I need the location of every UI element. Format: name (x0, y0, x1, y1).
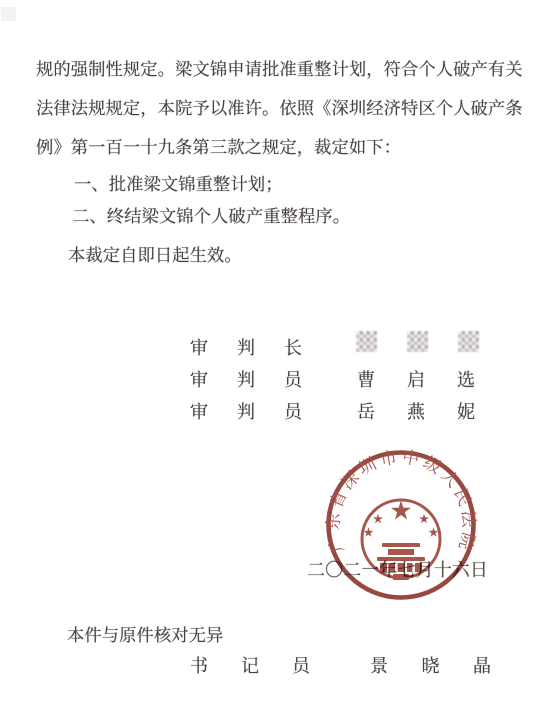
judge-role-label: 审判长 (190, 334, 331, 360)
emblem-gate-icon (377, 543, 425, 572)
emblem-small-star-icon (419, 514, 429, 523)
verification-note: 本件与原件核对无异 (67, 625, 223, 647)
clerk-name: 景晓晶 (370, 652, 525, 678)
ruling-item-1: 一、批准梁文锦重整计划； (74, 174, 283, 196)
judge-role-label: 审判员 (190, 398, 331, 424)
mosaic-censor-block (407, 331, 428, 352)
emblem-small-star-icon (429, 527, 439, 536)
body-line: 规的强制性规定。梁文锦申请批准重整计划，符合个人破产有关 (36, 59, 523, 81)
judge-name: 曹启选 (357, 366, 507, 392)
mosaic-censor-block (356, 331, 377, 352)
body-line: 例》第一百一十九条第三款之规定，裁定如下： (36, 137, 401, 159)
body-line: 法律法规规定，本院予以准许。依照《深圳经济特区个人破产条 (36, 98, 523, 120)
emblem-big-star-icon (391, 501, 411, 520)
emblem-gear-icon (393, 574, 409, 580)
emblem-small-star-icon (373, 514, 383, 523)
clerk-role-label: 书记员 (190, 652, 343, 678)
effective-date-line: 本裁定自即日起生效。 (68, 245, 242, 267)
judge-name: 岳燕妮 (357, 398, 507, 424)
scan-artifact (1, 7, 16, 21)
emblem-small-star-icon (364, 527, 374, 536)
national-emblem-icon (362, 500, 440, 580)
mosaic-censor-block (458, 331, 479, 352)
court-seal: 广东省深圳市中级人民法院 (316, 440, 486, 610)
ruling-item-2: 二、终结梁文锦个人破产重整程序。 (72, 206, 350, 228)
scanned-court-ruling-page: 规的强制性规定。梁文锦申请批准重整计划，符合个人破产有关 法律法规规定，本院予以… (0, 0, 550, 712)
censored-judge-name (356, 331, 486, 354)
clerk-row: 书记员 景晓晶 (0, 652, 550, 676)
judge-role-label: 审判员 (190, 366, 331, 392)
